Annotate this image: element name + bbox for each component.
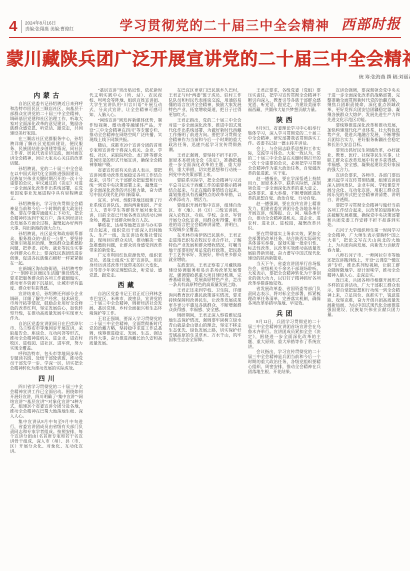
section-header-bingtuan: 兵团 [248, 310, 321, 318]
columns: 内蒙古自治区党委书记孙绍骋近日来到呼和浩特市回民区三顺店社区，向基层干部群众宣讲… [10, 88, 400, 564]
paragraph: 孙绍骋指出，学习宣传贯彻全会精神是当前和今后一个时期的重大政治任务，要在学懂弄通… [10, 201, 83, 230]
paragraph: 攀枝花、达州等地把宣讲与办实事结合起来，组织党员干部深入田间地头、生产一线，边宣… [89, 223, 162, 252]
section-banner-title: 学习贯彻党的二十届三中全会精神 [120, 15, 330, 34]
paragraph: 调研期间，王君正深入察看雅尼湿地生态保护情况，强调要牢固树立绿水青山就是金山银山… [169, 313, 242, 342]
paragraph: 在三顺店社区党群服务中心，孙绍骋详细了解社区党组织建设、便民服务、民族团结进步创… [10, 137, 83, 166]
paragraph: 自治区党委书记王君正近日到林芝市巴宜区、米林市、波密县，宣讲党的二十届三中全会精… [89, 291, 162, 316]
paragraph: 会上，与会同志联系思想和工作实际，交流学习体会。大家一致认为，党的二十届三中全会… [248, 146, 321, 175]
paragraph: 自治区党委书记孙绍骋近日来到呼和浩特市回民区三顺店社区，向基层干部群众宣讲党的二… [10, 102, 83, 136]
paragraph: 宜宾、泸州、绵阳等地还组建了行业系统宣讲队伍，面向两新组织、产业工人、青年学生等… [89, 198, 162, 223]
paragraph: 广元市利用红色资源优势，组织老党员、老战士组成“五老”宣讲队，用亲身经历讲述改革… [89, 253, 162, 278]
paragraph: 随后，成都市20个宣讲分团的首席专家和宣讲骨干将深入机关、企业、学校、社区，采取… [89, 143, 162, 168]
paragraph: 宣讲结束后，孙绍骋还到部分企业调研，详细了解生产经营、技术研发、市场开拓等情况，… [10, 291, 83, 320]
paragraph: 自治区党委宣讲团同日在巴彦淖尔市、乌兰察布市等地同步开展宣讲，采取报告会、座谈会… [10, 321, 83, 350]
body-column: “基层宣讲”突出贴近性，依托新时代文明实践中心（所、站）、农民夜校、坝坝会等阵地… [89, 88, 162, 564]
section-header-inner-mongolia: 内蒙古 [10, 92, 83, 100]
paragraph: 王君正指出，党的二十届三中全会对进一步全面深化改革、推进中国式现代化作出系统部署… [169, 118, 242, 152]
paragraph: 省发展改革委、省国资委等部门负责同志表示，将对标全会部署，抓紧梳理改革任务清单，… [248, 286, 321, 306]
body-column: 宣讲会强调，要深刻领会党中央关于进一步全面深化改革的战略部署，完整准确全面贯彻新… [327, 88, 400, 564]
paragraph: 要把学习贯彻全会精神与做好当前各项工作结合起来，以改革的思路和办法破解发展难题，… [327, 203, 400, 228]
paragraph: 在新城区海东路街道，孙绍骋考察了“一刻钟社区便民生活圈”建设情况，要求把服务群众… [10, 266, 83, 291]
body-column: 内蒙古自治区党委书记孙绍骋近日来到呼和浩特市回民区三顺店社区，向基层干部群众宣讲… [10, 88, 83, 564]
paragraph: 连日来，兵团各师市相继开展形式多样的宣讲活动，广大干部职工群众表示，要自觉把思想… [327, 278, 400, 317]
paragraph: 要统筹推进深化改革和推动发展，加快构建现代化产业体系，壮大特色优势产业，促进兵地… [327, 123, 400, 148]
paragraph: “网络宣讲”则发挥新媒体优势，制作短视频、微动漫等融媒体产品，开设“三中全会精神… [89, 118, 162, 143]
paragraph: 在米林市南伊珞巴民族乡，王君正走进珞巴织布农牧民专业合作社，了解特色产业发展和群… [169, 233, 242, 262]
paragraph: 王君正强调，要深入学习贯彻党的二十届三中全会精神，全面贯彻新时代党的治藏方略，坚… [89, 316, 162, 345]
paragraph: 8月12日，兵团学习贯彻党的二十届三中全会精神宣讲团首场宣讲会在乌鲁木齐举行。宣… [248, 320, 321, 349]
paragraph: 四川省学习贯彻党的二十届三中全会精神宣讲工作已全面启动。围绕如何开展好宣讲，四川… [10, 385, 83, 419]
paragraph: 孙绍骋说，社区是党和政府联系群众、服务群众的“最后一公里”，要坚持党建引领基层治… [10, 231, 83, 265]
page-meta: 4 2024年8月16日 责编:张翔燕 美编:曹俊红 [9, 19, 108, 34]
main-headline: 蒙川藏陕兵团广泛开展宣讲党的二十届三中全会精神 [6, 46, 404, 71]
paragraph: 在巴宜区更章门巴民族乡久巴村，王君正与村“两委”班子成员、驻村工作队队员和村民代… [169, 88, 242, 117]
paragraph: 赵一德指出，要在学深悟透上持续用力，原原本本学、联系实际悟，深刻领会进一步全面深… [248, 176, 321, 201]
article-body: 内蒙古自治区党委书记孙绍骋近日来到呼和浩特市回民区三顺店社区，向基层干部群众宣讲… [10, 88, 400, 564]
paragraph: 王君正强调，要坚持不折不扣学，原原本本研读全会《决定》，准确把握进一步全面深化改… [169, 153, 242, 178]
date-editor-block: 2024年8月16日 责编:张翔燕 美编:曹俊红 [21, 20, 108, 33]
paragraph: 省委宣传部有关负责人表示，要把宣讲同推动改革发展稳定各项工作结合起来，引导广大干… [89, 168, 162, 197]
body-column: 在巴宜区更章门巴民族乡久巴村，王君正与村“两委”班子成员、驻村工作队队员和村民代… [169, 88, 242, 564]
paragraph: 王君正还来到学校、卫生院，详细询问教育医疗惠民政策落实情况，要求持续保障和改善民… [169, 288, 242, 313]
paragraph: 要组织开展好集中宣讲，组建自治区、市（地）、县（区）三级宣讲团，深入农牧区、寺庙… [169, 203, 242, 232]
paragraph: 石河子大学组织师生第一时间学习全会精神，广大师生表示要胸怀“国之大者”，把论文写… [327, 228, 400, 253]
byline-row: 统 筹:张海燕 撰 稿:刘丽君 程文宣 李艳 陈河 姜雯 [0, 73, 410, 81]
paragraph: 八师石河子市、一师阿拉尔市等地还把宣讲搬到线上，开设“云课堂”“微宣讲”专栏，推… [327, 253, 400, 278]
page-number: 4 [9, 19, 17, 34]
byline-credits: 统 筹:张海燕 撰 稿:刘丽君 程文宣 李艳 陈河 姜雯 [205, 73, 410, 80]
paragraph: 要突出抓好民生领域改革，办好就业、教育、医疗、社保等民生实事，让职工群众在改革发… [327, 148, 400, 173]
paragraph: 要在贯彻落实上务求实效，紧扣全会部署的改革任务，结合陕西实际研究具体落实举措，谋… [248, 231, 321, 260]
section-header-shaanxi: 陕西 [248, 116, 321, 124]
section-header-tibet: 西藏 [89, 281, 162, 289]
paragraph: 会议指出，学习宣传贯彻党的二十届三中全会精神是兵团当前和今后一个时期的重大政治任… [248, 350, 321, 375]
paragraph: 孙绍骋说，党的二十届三中全会是在以中国式现代化全面推进强国建设、民族复兴伟业关键… [10, 166, 83, 200]
paragraph: “基层宣讲”突出贴近性，依托新时代文明实践中心（所、站）、农民夜校、坝坝会等阵地… [89, 88, 162, 117]
page-header-bar: 4 2024年8月16日 责编:张翔燕 美编:曹俊红 学习贯彻党的二十届三中全会… [9, 14, 401, 38]
paragraph: 呼和浩特市、包头市等地同步举办专题读书班、处级干部轮训班，推动党员干部先学一步、… [10, 351, 83, 371]
body-column: 王君正要求，各级党委（党组）要压实责任，把学习宣传贯彻全会精神不断引向深入，教育… [248, 88, 321, 564]
newspaper-page: 4 2024年8月16日 责编:张翔燕 美编:曹俊红 学习贯彻党的二十届三中全会… [0, 0, 410, 571]
section-header-sichuan: 四川 [10, 374, 83, 382]
paragraph: 王君正要求，各级党委（党组）要压实责任，把学习宣传贯彻全会精神不断引向深入，教育… [248, 88, 321, 113]
newspaper-masthead: 西部时报 [341, 13, 401, 34]
paragraph: 当天下午，省委宣讲团举行首场报告会，省级机关千余名干部现场聆听。大家表示，要把全… [248, 261, 321, 286]
paragraph: 赵一德强调，要在宣传宣讲上精准发力，组建省委宣讲团分赴各地各单位开展宣讲，统筹报… [248, 201, 321, 230]
paragraph: 8月9日，省委理论学习中心组举行集体学习，深入学习贯彻党的二十届三中全会精神，研… [248, 126, 321, 146]
paragraph: 宣讲会强调，要深刻领会党中央关于进一步全面深化改革的战略部署，完整准确全面贯彻新… [327, 88, 400, 122]
paragraph: 集中宣讲从8月中旬至9月中旬进行，省委宣讲团成员由省级有关部门负责同志和专家学者… [10, 419, 83, 453]
editor-credits: 责编:张翔燕 美编:曹俊红 [25, 26, 108, 32]
paragraph: 要联系实际学，把全会精神与习近平总书记关于西藏工作的重要指示精神结合起来，与正在… [169, 178, 242, 203]
paragraph: 在波密县，王君正察看了川藏铁路建设协调服务和易贡茶场改革发展情况，强调要抢抓重大… [169, 263, 242, 288]
paragraph: 宣讲会要求，各师市、各部门要迅速兴起学习宣传贯彻热潮，组建宣讲团深入团场连队、企… [327, 173, 400, 202]
